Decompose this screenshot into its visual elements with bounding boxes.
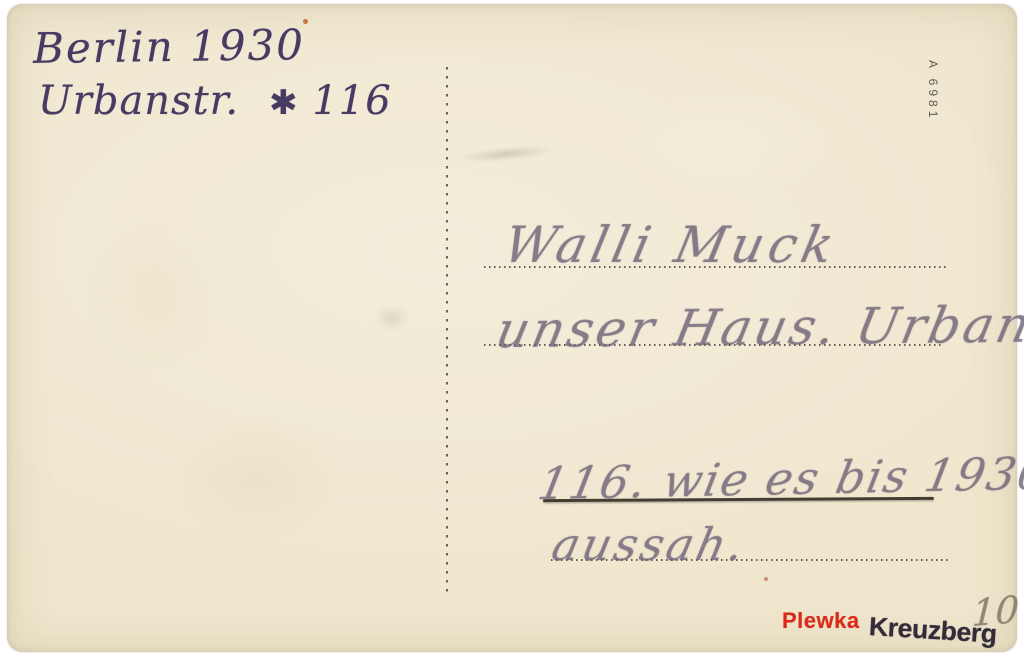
ink-house-number: ✱ 116 (269, 78, 392, 124)
paper-crease (370, 302, 414, 334)
paper-stain (47, 174, 267, 414)
paper-speck (303, 19, 308, 24)
star-mark: ✱ (269, 83, 299, 123)
dealer-stamp-plewka: Plewka (782, 608, 860, 634)
divider-dotted-line (446, 67, 448, 594)
paper-speck (764, 577, 768, 581)
pencil-caption-aussah: aussah. (547, 518, 751, 571)
ink-note-street: Urbanstr.✱ 116 (38, 78, 392, 124)
ink-note-city-year: Berlin 1930 (33, 20, 306, 73)
pencil-caption-house: unser Haus. Urbanstr (491, 295, 1024, 359)
pencil-caption-number-year: 116. wie es bis 1930 (534, 447, 1024, 511)
printed-stock-number: A 6981 (926, 60, 940, 144)
pencil-caption-name: Walli Muck (499, 216, 844, 274)
ink-street-text: Urbanstr. (38, 78, 239, 124)
paper-stain (127, 384, 387, 574)
scan-page: Berlin 1930 Urbanstr.✱ 116 A 6981 Walli … (0, 0, 1024, 657)
pencil-price-number: 10 (971, 588, 1020, 635)
paper-stain (567, 64, 887, 224)
